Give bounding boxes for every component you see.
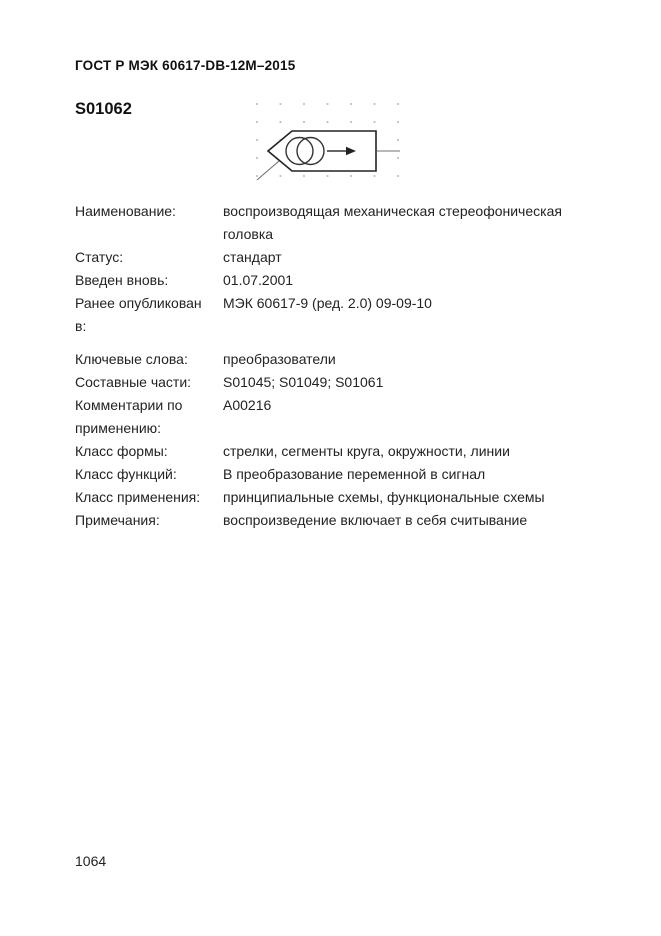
symbol-id: S01062 xyxy=(75,100,132,119)
property-value: МЭК 60617-9 (ред. 2.0) 09-09-10 xyxy=(223,292,583,338)
property-label: Составные части: xyxy=(75,371,223,394)
property-value: S01045; S01049; S01061 xyxy=(223,371,583,394)
property-value: принципиальные схемы, функциональные схе… xyxy=(223,486,583,509)
document-page: ГОСТ Р МЭК 60617-DB-12M–2015 S01062 Наим… xyxy=(0,0,661,936)
head-outline xyxy=(268,131,376,171)
property-value: 01.07.2001 xyxy=(223,269,583,292)
property-value: воспроизводящая механическая стереофонич… xyxy=(223,200,583,246)
property-label: Статус: xyxy=(75,246,223,269)
property-value: A00216 xyxy=(223,394,583,440)
property-value: В преобразование переменной в сигнал xyxy=(223,463,583,486)
property-label: Комментарии по применению: xyxy=(75,394,223,440)
property-label: Введен вновь: xyxy=(75,269,223,292)
property-label: Класс применения: xyxy=(75,486,223,509)
stereo-playback-head-symbol-icon xyxy=(245,95,410,190)
page-number: 1064 xyxy=(75,853,106,869)
property-value: преобразователи xyxy=(223,348,583,371)
properties-table: Наименование: воспроизводящая механическ… xyxy=(75,200,583,532)
property-label: Ключевые слова: xyxy=(75,348,223,371)
property-value: стрелки, сегменты круга, окружности, лин… xyxy=(223,440,583,463)
property-label: Класс формы: xyxy=(75,440,223,463)
property-value: воспроизведение включает в себя считыван… xyxy=(223,509,583,532)
document-title: ГОСТ Р МЭК 60617-DB-12M–2015 xyxy=(75,58,295,73)
property-label: Примечания: xyxy=(75,509,223,532)
property-label: Класс функций: xyxy=(75,463,223,486)
property-value: стандарт xyxy=(223,246,583,269)
property-label: Ранее опубликован в: xyxy=(75,292,223,338)
property-label: Наименование: xyxy=(75,200,223,246)
